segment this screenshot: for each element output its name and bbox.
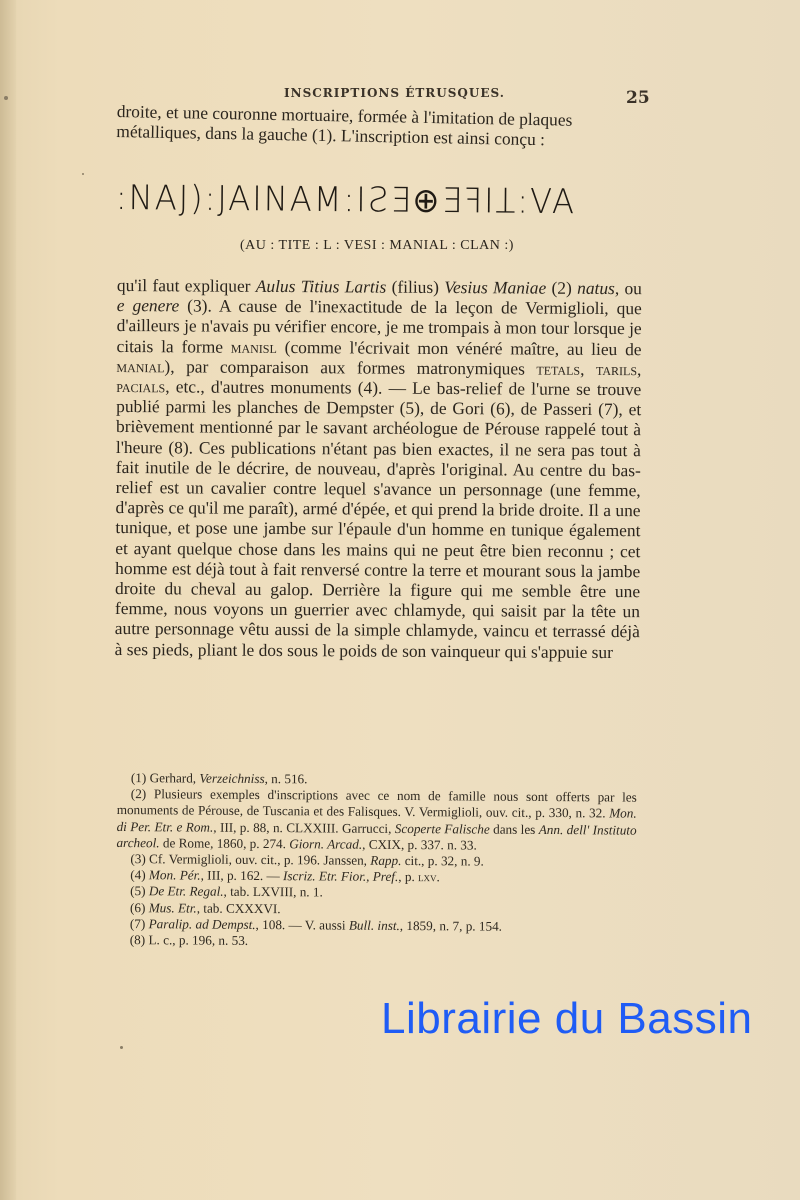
paper-speck	[120, 1046, 123, 1049]
text-run: , III, p. 162. —	[201, 868, 284, 884]
citation-title: Rapp.	[370, 853, 401, 868]
text-run: qu'il faut expliquer	[117, 275, 256, 296]
text-run: ,	[580, 359, 596, 379]
text-run: , 108. — V. aussi	[256, 917, 349, 933]
text-run: (filius)	[386, 277, 444, 297]
text-run: , tab. CXXXVI.	[197, 900, 281, 916]
text-run: (2) Plusieurs exemples d'inscriptions av…	[117, 786, 637, 821]
citation-title: Bull. inst.	[349, 917, 400, 932]
text-run: (6)	[130, 900, 149, 915]
roman-numeral: lxv	[418, 869, 437, 884]
text-run: de Rome, 1860, p. 274.	[160, 835, 290, 851]
text-run: , CXIX, p. 337. n. 33.	[362, 837, 477, 853]
etruscan-inscription: :NAJ):JAINAM:IƧƎ⊕ƎꟻIꓕ:VA	[116, 178, 629, 223]
citation-title: Verzeichniss	[199, 771, 264, 786]
text-run: .	[437, 869, 440, 884]
etruscan-form: manisl	[231, 336, 277, 356]
text-run: ,	[637, 359, 641, 379]
citation-title: Mon. Pér.	[149, 867, 201, 882]
etruscan-form: pacials	[116, 376, 165, 396]
text-run: , ou	[615, 278, 642, 298]
latin-word: e genere	[117, 295, 180, 315]
book-page: INSCRIPTIONS ÉTRUSQUES. 25 droite, et un…	[0, 0, 800, 1200]
latin-name: Aulus Titius Lartis	[256, 276, 387, 297]
text-run: (3) Cf. Vermiglioli, ouv. cit., p. 196. …	[130, 851, 370, 868]
latin-word: natus	[577, 278, 615, 298]
inscription-transcription: (AU : TITE : L : VESI : MANIAL : CLAN :)	[240, 238, 514, 254]
intro-paragraph: droite, et une couronne mortuaire, formé…	[116, 101, 642, 151]
text-run: (1) Gerhard,	[131, 770, 200, 785]
text-run: , p.	[398, 869, 418, 884]
footnotes: (1) Gerhard, Verzeichniss, n. 516. (2) P…	[116, 770, 637, 952]
text-run: , tab. LXVIII, n. 1.	[224, 884, 323, 900]
text-run: , 1859, n. 7, p. 154.	[400, 918, 502, 934]
citation-title: Iscriz. Etr. Fior., Pref.	[283, 868, 398, 884]
citation-title: Mus. Etr.	[149, 900, 197, 915]
page-number: 25	[626, 88, 650, 108]
etruscan-form: tetals	[536, 358, 580, 378]
etruscan-form: tarils	[596, 359, 637, 379]
citation-title: De Etr. Regal.	[149, 884, 224, 900]
main-paragraph: qu'il faut expliquer Aulus Titius Lartis…	[115, 275, 642, 662]
footnote-ref: (2)	[546, 278, 577, 298]
latin-name: Vesius Maniae	[444, 277, 546, 298]
bookseller-watermark: Librairie du Bassin	[381, 994, 752, 1044]
etruscan-form: manial	[116, 356, 164, 376]
text-run: (comme l'écrivait mon vénéré maître, au …	[277, 337, 642, 359]
text-run: dans les	[490, 821, 539, 836]
paper-speck	[82, 173, 84, 175]
running-title: INSCRIPTIONS ÉTRUSQUES.	[284, 86, 505, 100]
text-run: , n. 516.	[265, 771, 308, 786]
text-run: cit., p. 32, n. 9.	[401, 853, 484, 869]
paper-speck	[4, 96, 8, 100]
citation-title: Giorn. Arcad.	[289, 836, 362, 852]
text-run: ), par comparaison aux formes matronymiq…	[164, 356, 536, 378]
text-run: (5)	[130, 884, 149, 899]
text-run: (7)	[130, 916, 149, 931]
footnote-2: (2) Plusieurs exemples d'inscriptions av…	[116, 786, 636, 854]
text-run: , etc., d'autres monuments (4). — Le bas…	[115, 376, 642, 661]
citation-title: Scoperte Falische	[395, 821, 490, 837]
footnote-8: (8) L. c., p. 196, n. 53.	[116, 932, 636, 952]
text-run: (4)	[130, 867, 149, 882]
citation-title: Paralip. ad Dempst.	[149, 916, 256, 932]
text-run: , III, p. 88, n. CLXXIII. Garrucci,	[213, 819, 395, 835]
